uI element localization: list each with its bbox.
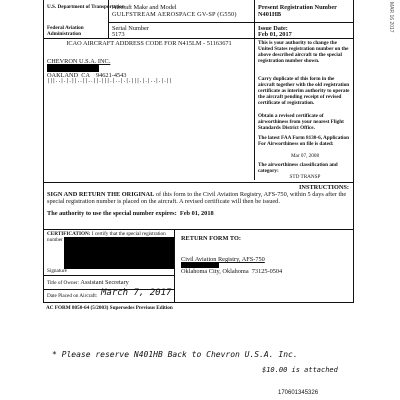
- instructions-heading: INSTRUCTIONS:: [299, 184, 349, 191]
- owner-title-field: Title of Owner: Assistant Secretary: [47, 279, 129, 286]
- expiration-notice: The authority to use the special number …: [47, 210, 214, 217]
- form-identifier: AC FORM 8050-64 (5/2003) Supersedes Prev…: [46, 305, 173, 311]
- divider: [108, 0, 109, 38]
- divider: [44, 275, 174, 276]
- postal-barcode: |||..|.|.||..||..||.|||.|..|.|.|||.|.|..…: [47, 78, 172, 84]
- handwritten-payment-note: $10.00 is attached: [262, 366, 338, 374]
- return-to-line3: Oklahoma City, Oklahoma 73125-0504: [181, 268, 282, 275]
- administration-name: Federal Aviation Administration: [47, 25, 107, 37]
- divider: [44, 182, 354, 183]
- make-model-label: Aircraft Make and Model: [112, 4, 177, 11]
- received-date-stamp: MAR 16 2017: [382, 2, 394, 62]
- carry-duplicate-paragraph: Carry duplicate of this form in the airc…: [258, 76, 352, 106]
- issue-date-value: Feb 01, 2017: [258, 31, 292, 38]
- instructions-lead: SIGN AND RETURN THE ORIGINAL: [47, 191, 154, 198]
- icao-address-code: ICAO AIRCRAFT ADDRESS CODE FOR N415LM - …: [44, 40, 254, 47]
- owner-title-value: Assistant Secretary: [80, 279, 128, 286]
- authority-paragraph: This is your authority to change the Uni…: [258, 40, 352, 64]
- classification-value: STD TRANSP: [258, 174, 352, 180]
- divider: [44, 38, 354, 39]
- divider: [108, 22, 354, 23]
- classification-paragraph: The airworthiness classification and cat…: [258, 162, 352, 174]
- special-registration-form: U.S. Department of Transportation Federa…: [43, 0, 354, 303]
- date-placed-value: March 7, 2017: [101, 288, 171, 298]
- present-registration-value: N401HB: [258, 11, 281, 18]
- redacted-signature: [64, 237, 174, 269]
- instructions-text: SIGN AND RETURN THE ORIGINAL of this for…: [47, 191, 347, 205]
- owner-title-label: Title of Owner:: [47, 280, 79, 286]
- form-8130-paragraph: The latest FAA Form 8130-6, Application …: [258, 135, 352, 147]
- signature-label: Signature: [47, 268, 67, 274]
- serial-value: 5173: [112, 31, 125, 38]
- present-registration-label: Present Registration Number: [258, 4, 337, 11]
- return-to-heading: RETURN FORM TO:: [181, 235, 241, 242]
- make-model-value: GULFSTREAM AEROSPACE GV-SP (G550): [112, 11, 237, 18]
- redacted-address: [47, 64, 99, 72]
- airworthiness-paragraph: Obtain a revised certificate of airworth…: [258, 113, 352, 131]
- date-placed-label: Date Placed on Aircraft:: [47, 293, 97, 299]
- divider: [254, 0, 255, 180]
- handwritten-note: * Please reserve N401HB Back to Chevron …: [52, 350, 298, 359]
- form-8130-date: Mar 07, 2008: [258, 153, 352, 159]
- document-number: 170601345326: [278, 390, 318, 396]
- divider: [44, 229, 354, 230]
- divider: [174, 229, 175, 303]
